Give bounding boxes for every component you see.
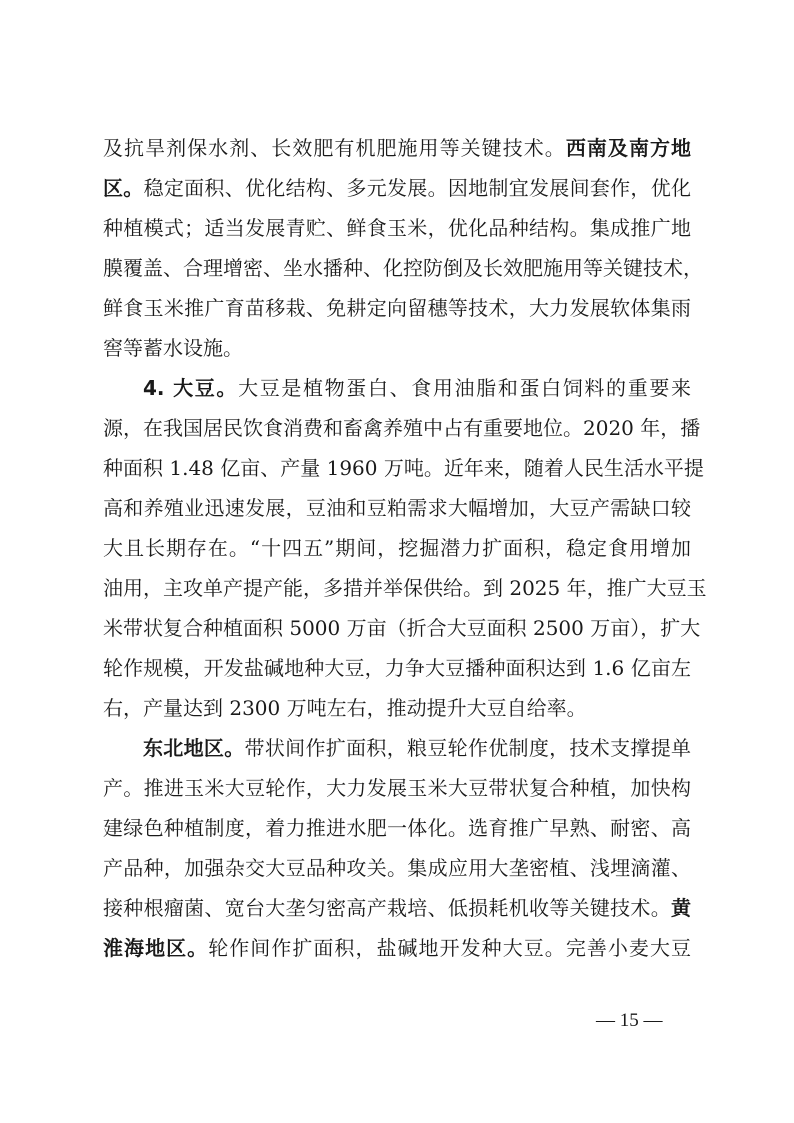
text-line: 右，产量达到 2300 万吨左右，推动提升大豆自给率。 (103, 688, 691, 728)
text-segment: 轮作间作扩面积，盐碱地开发种大豆。完善小麦大豆 (208, 936, 691, 960)
document-page: 及抗旱剂保水剂、长效肥有机肥施用等关键技术。西南及南方地 区。稳定面积、优化结构… (103, 128, 691, 968)
text-segment: 膜覆盖、合理增密、坐水播种、化控防倒及长效肥施用等关键技术， (103, 256, 703, 280)
text-line: 米带状复合种植面积 5000 万亩（折合大豆面积 2500 万亩），扩大 (103, 608, 691, 648)
text-line: 及抗旱剂保水剂、长效肥有机肥施用等关键技术。西南及南方地 (103, 128, 691, 168)
text-segment: 产品种，加强杂交大豆品种攻关。集成应用大垄密植、浅埋滴灌、 (103, 856, 691, 880)
text-segment: 种面积 1.48 亿亩、产量 1960 万吨。近年来，随着人民生活水平提 (103, 456, 704, 480)
text-segment: 稳定面积、优化结构、多元发展。因地制宜发展间套作，优化 (144, 176, 691, 200)
region-heading-huanghuaihai: 黄 (671, 896, 691, 920)
text-line: 淮海地区。轮作间作扩面积，盐碱地开发种大豆。完善小麦大豆 (103, 928, 691, 968)
text-line: 东北地区。带状间作扩面积，粮豆轮作优制度，技术支撑提单 (103, 728, 691, 768)
text-segment: 及抗旱剂保水剂、长效肥有机肥施用等关键技术。 (103, 136, 566, 160)
text-segment: 大豆是植物蛋白、食用油脂和蛋白饲料的重要来 (238, 376, 691, 400)
text-segment: 种植模式；适当发展青贮、鲜食玉米，优化品种结构。集成推广地 (103, 216, 691, 240)
text-line: 种植模式；适当发展青贮、鲜食玉米，优化品种结构。集成推广地 (103, 208, 691, 248)
text-line: 油用，主攻单产提产能，多措并举保供给。到 2025 年，推广大豆玉 (103, 568, 691, 608)
text-line: 窖等蓄水设施。 (103, 328, 691, 368)
region-heading-huanghuaihai-cont: 淮海地区。 (103, 936, 208, 960)
text-segment: 高和养殖业迅速发展，豆油和豆粕需求大幅增加，大豆产需缺口较 (103, 496, 691, 520)
text-line: 源，在我国居民饮食消费和畜禽养殖中占有重要地位。2020 年，播 (103, 408, 691, 448)
text-line: 膜覆盖、合理增密、坐水播种、化控防倒及长效肥施用等关键技术， (103, 248, 691, 288)
text-segment: 带状间作扩面积，粮豆轮作优制度，技术支撑提单 (245, 736, 691, 760)
text-line: 接种根瘤菌、宽台大垄匀密高产栽培、低损耗机收等关键技术。黄 (103, 888, 691, 928)
text-segment: 米带状复合种植面积 5000 万亩（折合大豆面积 2500 万亩），扩大 (103, 616, 700, 640)
region-heading-southwest-cont: 区。 (103, 176, 144, 200)
text-segment: 右，产量达到 2300 万吨左右，推动提升大豆自给率。 (103, 696, 587, 720)
text-line: 种面积 1.48 亿亩、产量 1960 万吨。近年来，随着人民生活水平提 (103, 448, 691, 488)
paragraph-soybean-regions: 东北地区。带状间作扩面积，粮豆轮作优制度，技术支撑提单 产。推进玉米大豆轮作，大… (103, 728, 691, 968)
text-line: 产品种，加强杂交大豆品种攻关。集成应用大垄密植、浅埋滴灌、 (103, 848, 691, 888)
text-line: 大且长期存在。“十四五”期间，挖掘潜力扩面积，稳定食用增加 (103, 528, 691, 568)
text-line: 建绿色种植制度，着力推进水肥一体化。选育推广早熟、耐密、高 (103, 808, 691, 848)
text-line: 4. 大豆。大豆是植物蛋白、食用油脂和蛋白饲料的重要来 (103, 368, 691, 408)
text-line: 高和养殖业迅速发展，豆油和豆粕需求大幅增加，大豆产需缺口较 (103, 488, 691, 528)
text-line: 鲜食玉米推广育苗移栽、免耕定向留穗等技术，大力发展软体集雨 (103, 288, 691, 328)
region-heading-southwest: 西南及南方地 (566, 136, 691, 160)
text-line: 产。推进玉米大豆轮作，大力发展玉米大豆带状复合种植，加快构 (103, 768, 691, 808)
section-heading-soybean: 4. 大豆。 (143, 376, 238, 400)
text-segment: 产。推进玉米大豆轮作，大力发展玉米大豆带状复合种植，加快构 (103, 776, 691, 800)
text-segment: 油用，主攻单产提产能，多措并举保供给。到 2025 年，推广大豆玉 (103, 576, 707, 600)
paragraph-corn-regions: 及抗旱剂保水剂、长效肥有机肥施用等关键技术。西南及南方地 区。稳定面积、优化结构… (103, 128, 691, 368)
text-segment: 鲜食玉米推广育苗移栽、免耕定向留穗等技术，大力发展软体集雨 (103, 296, 691, 320)
text-segment: 接种根瘤菌、宽台大垄匀密高产栽培、低损耗机收等关键技术。 (103, 896, 671, 920)
text-segment: 源，在我国居民饮食消费和畜禽养殖中占有重要地位。2020 年，播 (103, 416, 700, 440)
text-segment: 大且长期存在。“十四五”期间，挖掘潜力扩面积，稳定食用增加 (103, 536, 691, 560)
text-line: 轮作规模，开发盐碱地种大豆，力争大豆播种面积达到 1.6 亿亩左 (103, 648, 691, 688)
page-number: — 15 — (596, 1010, 696, 1032)
text-segment: 窖等蓄水设施。 (103, 336, 243, 360)
text-line: 区。稳定面积、优化结构、多元发展。因地制宜发展间套作，优化 (103, 168, 691, 208)
paragraph-soybean: 4. 大豆。大豆是植物蛋白、食用油脂和蛋白饲料的重要来 源，在我国居民饮食消费和… (103, 368, 691, 728)
text-segment: 轮作规模，开发盐碱地种大豆，力争大豆播种面积达到 1.6 亿亩左 (103, 656, 691, 680)
text-segment: 建绿色种植制度，着力推进水肥一体化。选育推广早熟、耐密、高 (103, 816, 691, 840)
region-heading-northeast: 东北地区。 (143, 736, 245, 760)
